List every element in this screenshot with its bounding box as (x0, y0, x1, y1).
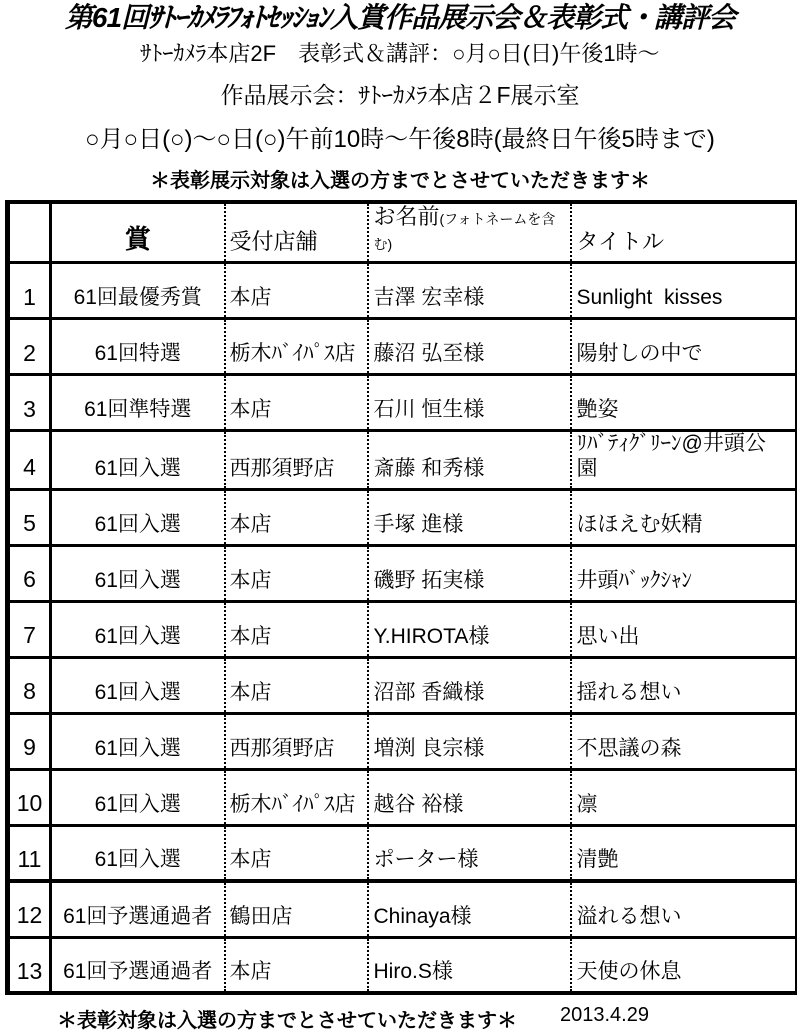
title-cell: 天使の休息 (571, 937, 796, 993)
table-row: 7 61回入選 本店 Y.HIROTA様 思い出 (8, 601, 796, 657)
title-cell: ﾘﾊﾞﾃｨｸﾞﾘｰﾝ@井頭公 園 (571, 431, 796, 489)
row-number: 6 (8, 545, 51, 601)
table-row: 10 61回入選 栃木ﾊﾞｲﾊﾟｽ店 越谷 裕様 凛 (8, 769, 796, 825)
title-cell: 揺れる想い (571, 657, 796, 713)
award-list-page: 第61回ｻﾄｰｶﾒﾗﾌｫﾄｾｯｼｮﾝ入賞作品展示会＆表彰式・講評会 ｻﾄｰｶﾒﾗ… (0, 0, 800, 1032)
title-cell: 艶姿 (571, 375, 796, 431)
row-number: 3 (8, 375, 51, 431)
award-cell: 61回入選 (51, 601, 225, 657)
row-number: 13 (8, 937, 51, 993)
store-cell: 本店 (225, 825, 368, 881)
title-cell: 井頭ﾊﾞｯｸｼｬﾝ (571, 545, 796, 601)
table-row: 3 61回準特選 本店 石川 恒生様 艶姿 (8, 375, 796, 431)
table-row: 1 61回最優秀賞 本店 吉澤 宏幸様 Sunlight kisses (8, 263, 796, 319)
name-cell: Y.HIROTA様 (368, 601, 571, 657)
store-cell: 栃木ﾊﾞｲﾊﾟｽ店 (225, 769, 368, 825)
name-cell: 手塚 進様 (368, 489, 571, 545)
name-cell: 斎藤 和秀様 (368, 431, 571, 489)
table-row: 5 61回入選 本店 手塚 進様 ほほえむ妖精 (8, 489, 796, 545)
page-title: 第61回ｻﾄｰｶﾒﾗﾌｫﾄｾｯｼｮﾝ入賞作品展示会＆表彰式・講評会 (0, 3, 800, 34)
store-cell: 本店 (225, 601, 368, 657)
title-cell: 思い出 (571, 601, 796, 657)
title-cell: 溢れる想い (571, 881, 796, 937)
title-cell: ほほえむ妖精 (571, 489, 796, 545)
title-cell: 凛 (571, 769, 796, 825)
schedule-line: ○月○日(○)～○日(○)午前10時～午後8時(最終日午後5時まで) (0, 119, 800, 154)
page-footer: ＊表彰対象は入選の方までとさせていただきます＊ 2013.4.29 (0, 1004, 800, 1032)
name-cell: 越谷 裕様 (368, 769, 571, 825)
row-number: 12 (8, 881, 51, 937)
header-store-cell: 受付店舗 (225, 202, 368, 263)
title-cell: 不思議の森 (571, 713, 796, 769)
header-title-cell: タイトル (571, 202, 796, 263)
name-cell: ポーター様 (368, 825, 571, 881)
title-cell: 陽射しの中で (571, 319, 796, 375)
table-row: 8 61回入選 本店 沼部 香織様 揺れる想い (8, 657, 796, 713)
store-cell: 本店 (225, 375, 368, 431)
store-cell: 本店 (225, 937, 368, 993)
row-number: 2 (8, 319, 51, 375)
award-cell: 61回入選 (51, 825, 225, 881)
name-cell: Hiro.S様 (368, 937, 571, 993)
name-cell: 磯野 拓実様 (368, 545, 571, 601)
name-cell: 吉澤 宏幸様 (368, 263, 571, 319)
store-cell: 本店 (225, 489, 368, 545)
row-number: 11 (8, 825, 51, 881)
award-cell: 61回入選 (51, 657, 225, 713)
award-cell: 61回特選 (51, 319, 225, 375)
row-number: 4 (8, 431, 51, 489)
store-cell: 本店 (225, 263, 368, 319)
store-cell: 西那須野店 (225, 713, 368, 769)
table-row: 6 61回入選 本店 磯野 拓実様 井頭ﾊﾞｯｸｼｬﾝ (8, 545, 796, 601)
row-number: 5 (8, 489, 51, 545)
award-cell: 61回最優秀賞 (51, 263, 225, 319)
store-cell: 本店 (225, 545, 368, 601)
table-row: 4 61回入選 西那須野店 斎藤 和秀様 ﾘﾊﾞﾃｨｸﾞﾘｰﾝ@井頭公 園 (8, 431, 796, 489)
header-award-cell: 賞 (51, 202, 225, 263)
name-cell: 沼部 香織様 (368, 657, 571, 713)
store-cell: 本店 (225, 657, 368, 713)
table-row: 12 61回予選通過者 鶴田店 Chinaya様 溢れる想い (8, 881, 796, 937)
table-row: 11 61回入選 本店 ポーター様 清艶 (8, 825, 796, 881)
table-row: 9 61回入選 西那須野店 増渕 良宗様 不思議の森 (8, 713, 796, 769)
name-cell: Chinaya様 (368, 881, 571, 937)
award-cell: 61回入選 (51, 713, 225, 769)
name-cell: 増渕 良宗様 (368, 713, 571, 769)
store-cell: 栃木ﾊﾞｲﾊﾟｽ店 (225, 319, 368, 375)
row-number: 1 (8, 263, 51, 319)
header-name-label: お名前 (374, 204, 440, 229)
name-cell: 藤沼 弘至様 (368, 319, 571, 375)
row-number: 8 (8, 657, 51, 713)
title-cell: Sunlight kisses (571, 263, 796, 319)
award-table: 賞 受付店舗 お名前(フォトネームを含む) タイトル 1 61回最優秀賞 本店 … (5, 200, 797, 995)
award-cell: 61回予選通過者 (51, 937, 225, 993)
exhibition-line: 作品展示会：ｻﾄｰｶﾒﾗ本店２F展示室 (0, 77, 800, 110)
award-cell: 61回入選 (51, 545, 225, 601)
footer-note: ＊表彰対象は入選の方までとさせていただきます＊ (57, 1004, 517, 1033)
title-cell: 清艶 (571, 825, 796, 881)
award-cell: 61回予選通過者 (51, 881, 225, 937)
row-number: 9 (8, 713, 51, 769)
table-header-row: 賞 受付店舗 お名前(フォトネームを含む) タイトル (8, 202, 796, 263)
name-cell: 石川 恒生様 (368, 375, 571, 431)
header-name-cell: お名前(フォトネームを含む) (368, 202, 571, 263)
row-number: 10 (8, 769, 51, 825)
header-note: ＊表彰展示対象は入選の方までとさせていただきます＊ (0, 164, 800, 193)
award-cell: 61回準特選 (51, 375, 225, 431)
store-cell: 西那須野店 (225, 431, 368, 489)
page-header: 第61回ｻﾄｰｶﾒﾗﾌｫﾄｾｯｼｮﾝ入賞作品展示会＆表彰式・講評会 ｻﾄｰｶﾒﾗ… (0, 0, 800, 193)
award-cell: 61回入選 (51, 769, 225, 825)
award-cell: 61回入選 (51, 489, 225, 545)
award-cell: 61回入選 (51, 431, 225, 489)
row-number: 7 (8, 601, 51, 657)
table-row: 13 61回予選通過者 本店 Hiro.S様 天使の休息 (8, 937, 796, 993)
store-cell: 鶴田店 (225, 881, 368, 937)
footer-date: 2013.4.29 (560, 1004, 649, 1027)
venue-line: ｻﾄｰｶﾒﾗ本店2F 表彰式＆講評：○月○日(日)午後1時～ (0, 37, 800, 68)
header-no-cell (8, 202, 51, 263)
table-row: 2 61回特選 栃木ﾊﾞｲﾊﾟｽ店 藤沼 弘至様 陽射しの中で (8, 319, 796, 375)
